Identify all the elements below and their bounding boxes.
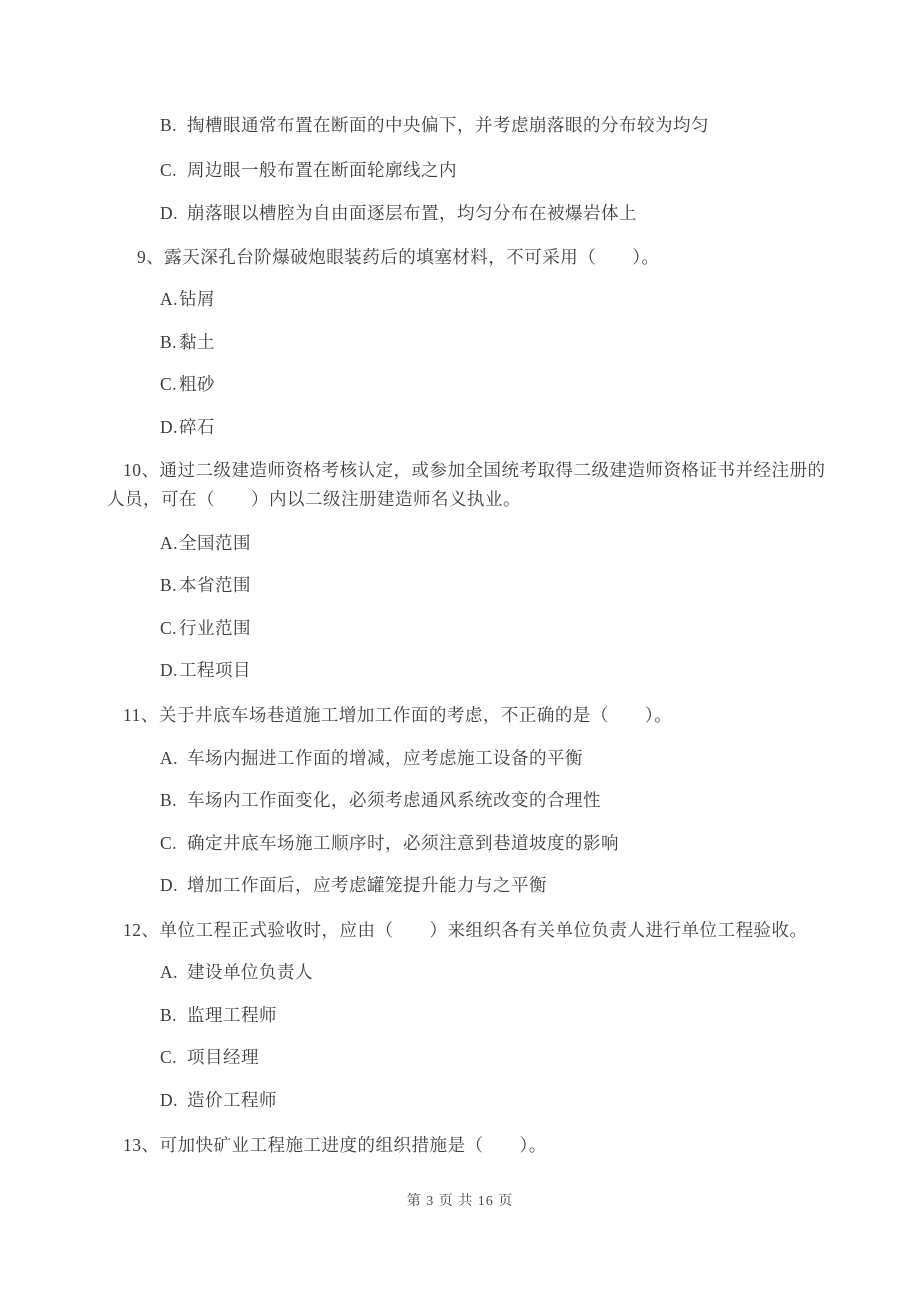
question-13-stem: 13、可加快矿业工程施工进度的组织措施是（ ）。 [123,1133,547,1157]
option-letter: C. [160,831,187,855]
option-text: 行业范围 [179,618,251,638]
option-10-d: D.工程项目 [160,658,251,682]
page-number-footer: 第 3 页 共 16 页 [0,1190,920,1210]
question-12-stem: 12、单位工程正式验收时，应由（ ）来组织各有关单位负责人进行单位工程验收。 [123,918,808,942]
option-12-d: D.造价工程师 [160,1088,277,1112]
question-text: 单位工程正式验收时，应由（ ）来组织各有关单位负责人进行单位工程验收。 [160,920,808,940]
question-number: 10、 [123,460,160,480]
option-letter: B. [160,113,187,137]
option-12-b: B.监理工程师 [160,1003,277,1027]
option-letter: B. [160,573,179,597]
option-9-d: D.碎石 [160,415,215,439]
option-letter: B. [160,788,187,812]
option-text: 项目经理 [187,1047,259,1067]
option-letter: C. [160,1045,187,1069]
option-text: 崩落眼以槽腔为自由面逐层布置，均匀分布在被爆岩体上 [187,203,637,223]
option-text: 车场内工作面变化，必须考虑通风系统改变的合理性 [187,790,601,810]
option-9-b: B.黏土 [160,330,215,354]
option-12-a: A.建设单位负责人 [160,960,313,984]
option-text: 车场内掘进工作面的增减，应考虑施工设备的平衡 [187,748,583,768]
option-text: 粗砂 [179,374,215,394]
option-letter: D. [160,658,179,682]
option-letter: C. [160,158,187,182]
option-letter: D. [160,201,187,225]
option-text: 本省范围 [179,575,251,595]
option-text: 造价工程师 [187,1090,277,1110]
question-text: 通过二级建造师资格考核认定，或参加全国统考取得二级建造师资格证书并经注册的 [160,460,826,480]
option-letter: B. [160,1003,187,1027]
option-8-d: D.崩落眼以槽腔为自由面逐层布置，均匀分布在被爆岩体上 [160,201,637,225]
option-10-c: C.行业范围 [160,616,251,640]
exam-document-page: B.掏槽眼通常布置在断面的中央偏下，并考虑崩落眼的分布较为均匀 C.周边眼一般布… [0,0,920,1302]
question-text: 露天深孔台阶爆破炮眼装药后的填塞材料，不可采用（ ）。 [164,247,659,267]
option-8-c: C.周边眼一般布置在断面轮廓线之内 [160,158,457,182]
option-text: 周边眼一般布置在断面轮廓线之内 [187,160,457,180]
option-letter: D. [160,873,187,897]
option-letter: D. [160,1088,187,1112]
option-text: 全国范围 [179,533,251,553]
question-9-stem: 9、露天深孔台阶爆破炮眼装药后的填塞材料，不可采用（ ）。 [137,245,660,269]
option-letter: D. [160,415,179,439]
option-text: 增加工作面后，应考虑罐笼提升能力与之平衡 [187,875,547,895]
question-number: 9、 [137,247,164,267]
option-letter: C. [160,616,179,640]
question-number: 12、 [123,920,160,940]
option-10-a: A.全国范围 [160,531,251,555]
option-text: 掏槽眼通常布置在断面的中央偏下，并考虑崩落眼的分布较为均匀 [187,115,709,135]
option-text: 建设单位负责人 [187,962,313,982]
option-11-c: C.确定井底车场施工顺序时，必须注意到巷道坡度的影响 [160,831,619,855]
option-11-b: B.车场内工作面变化，必须考虑通风系统改变的合理性 [160,788,601,812]
option-text: 监理工程师 [187,1005,277,1025]
question-text: 人员，可在（ ）内以二级注册建造师名义执业。 [107,489,521,509]
option-letter: C. [160,372,179,396]
option-text: 黏土 [179,332,215,352]
question-11-stem: 11、关于井底车场巷道施工增加工作面的考虑，不正确的是（ ）。 [123,703,672,727]
option-text: 工程项目 [179,660,251,680]
question-number: 11、 [123,705,159,725]
option-letter: A. [160,531,179,555]
option-letter: A. [160,960,187,984]
option-10-b: B.本省范围 [160,573,251,597]
option-letter: A. [160,746,187,770]
option-text: 钻屑 [179,289,215,309]
option-letter: B. [160,330,179,354]
option-9-c: C.粗砂 [160,372,215,396]
option-text: 确定井底车场施工顺序时，必须注意到巷道坡度的影响 [187,833,619,853]
question-number: 13、 [123,1135,160,1155]
question-10-stem-line2: 人员，可在（ ）内以二级注册建造师名义执业。 [107,487,521,511]
option-9-a: A.钻屑 [160,287,215,311]
option-11-a: A.车场内掘进工作面的增减，应考虑施工设备的平衡 [160,746,583,770]
question-text: 关于井底车场巷道施工增加工作面的考虑，不正确的是（ ）。 [159,705,672,725]
question-text: 可加快矿业工程施工进度的组织措施是（ ）。 [160,1135,547,1155]
question-10-stem-line1: 10、通过二级建造师资格考核认定，或参加全国统考取得二级建造师资格证书并经注册的 [123,458,826,482]
option-11-d: D.增加工作面后，应考虑罐笼提升能力与之平衡 [160,873,547,897]
option-8-b: B.掏槽眼通常布置在断面的中央偏下，并考虑崩落眼的分布较为均匀 [160,113,709,137]
option-12-c: C.项目经理 [160,1045,259,1069]
option-letter: A. [160,287,179,311]
option-text: 碎石 [179,417,215,437]
